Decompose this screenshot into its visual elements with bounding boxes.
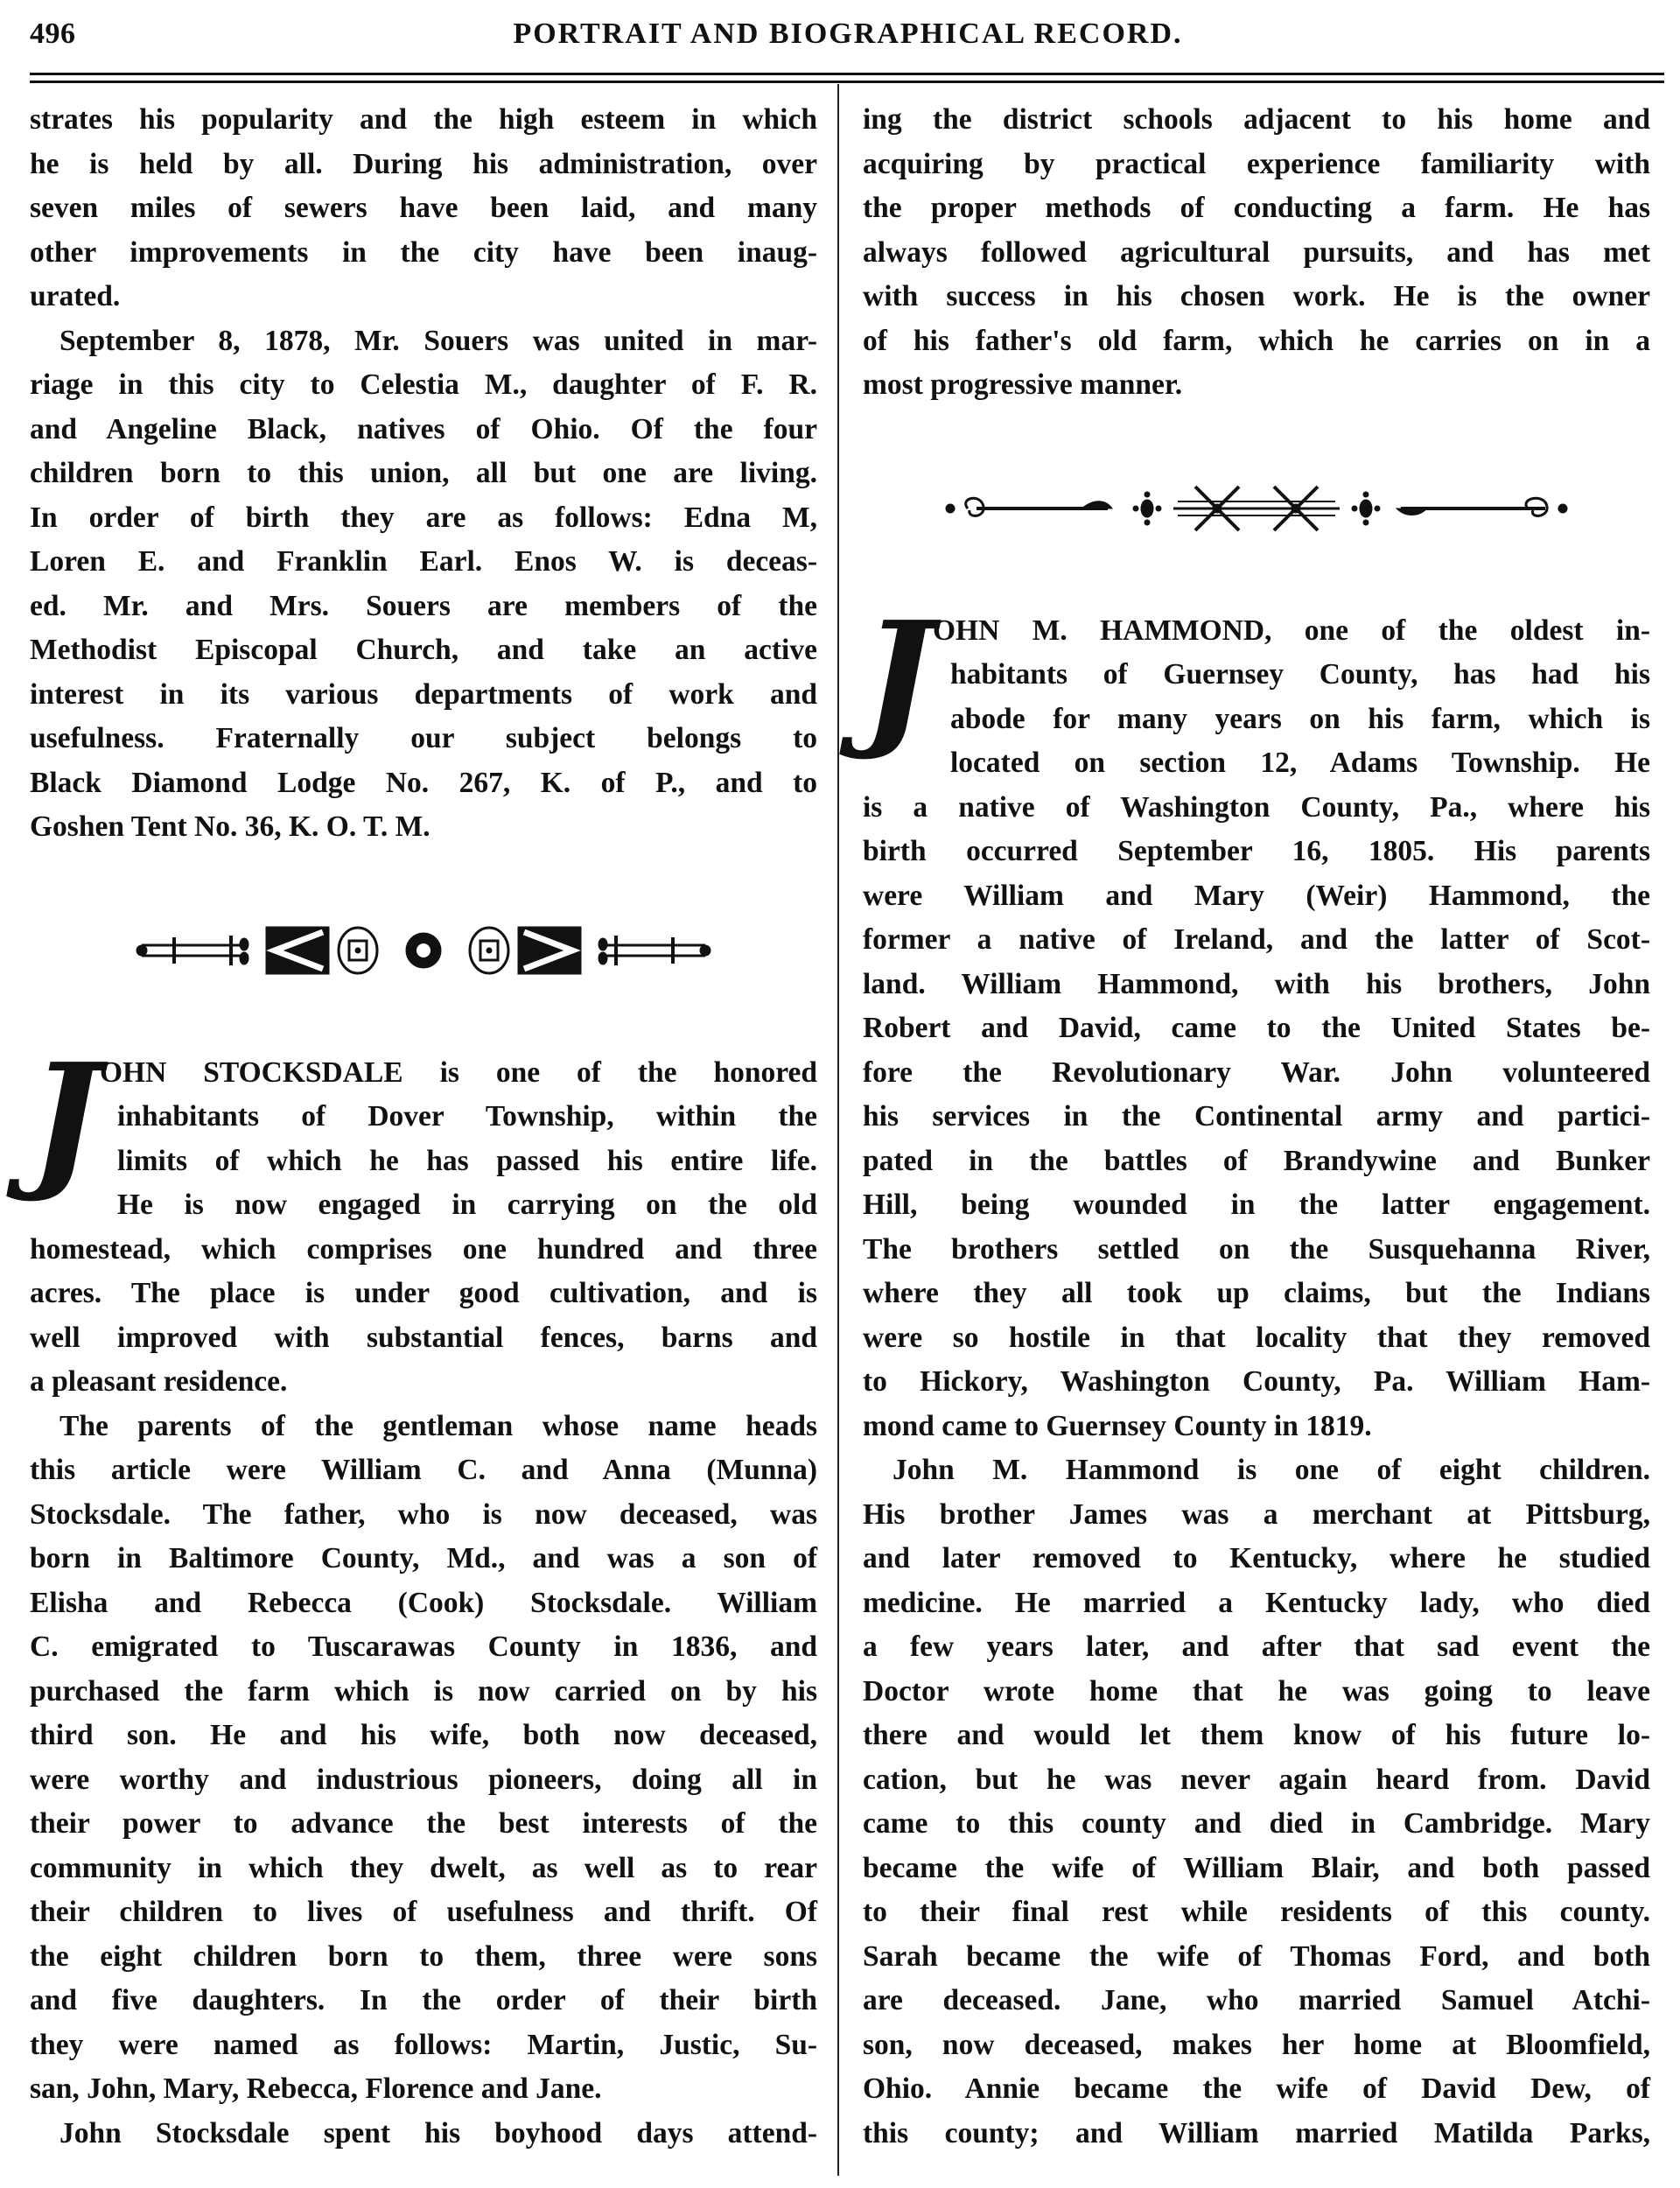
text-line: mond came to Guernsey County in 1819. bbox=[863, 1405, 1650, 1449]
text-line: Robert and David, came to the United Sta… bbox=[863, 1006, 1650, 1051]
text-line: acquiring by practical experience famili… bbox=[863, 143, 1650, 187]
text-line: and five daughters. In the order of thei… bbox=[30, 1979, 817, 2023]
text-line: September 8, 1878, Mr. Souers was united… bbox=[30, 319, 817, 364]
header-rule-top bbox=[30, 73, 1664, 75]
text-line: to Hickory, Washington County, Pa. Willi… bbox=[863, 1360, 1650, 1405]
stocksdale-parents-paragraph: The parents of the gentleman whose name … bbox=[30, 1405, 817, 2112]
text-line: land. William Hammond, with his brothers… bbox=[863, 963, 1650, 1007]
drop-cap: J bbox=[863, 611, 933, 742]
text-line: a pleasant residence. bbox=[30, 1360, 817, 1405]
text-line: son, now deceased, makes her home at Blo… bbox=[863, 2023, 1650, 2068]
text-line: were so hostile in that locality that th… bbox=[863, 1316, 1650, 1361]
text-line: were worthy and industrious pioneers, do… bbox=[30, 1758, 817, 1803]
text-line: well improved with substantial fences, b… bbox=[30, 1316, 817, 1361]
text-line: is a native of Washington County, Pa., w… bbox=[863, 786, 1650, 831]
text-line: inhabitants of Dover Township, within th… bbox=[30, 1095, 817, 1140]
text-line: were William and Mary (Weir) Hammond, th… bbox=[863, 874, 1650, 919]
souers-marriage-paragraph: September 8, 1878, Mr. Souers was united… bbox=[30, 319, 817, 850]
page-header: 496 PORTRAIT AND BIOGRAPHICAL RECORD. bbox=[30, 18, 1666, 61]
text-line: became the wife of William Blair, and bo… bbox=[863, 1847, 1650, 1891]
hammond-article: J OHN M. HAMMOND, one of the oldest in- … bbox=[863, 609, 1650, 1449]
left-column: strates his popularity and the high este… bbox=[30, 98, 817, 2156]
text-line: children born to this union, all but one… bbox=[30, 452, 817, 496]
text-line: to their final rest while residents of t… bbox=[863, 1890, 1650, 1935]
text-line: san, John, Mary, Rebecca, Florence and J… bbox=[30, 2067, 817, 2112]
geometric-ornament-icon bbox=[30, 850, 817, 1051]
text-line: with success in his chosen work. He is t… bbox=[863, 275, 1650, 319]
text-line: Ohio. Annie became the wife of David Dew… bbox=[863, 2067, 1650, 2112]
text-line: a few years later, and after that sad ev… bbox=[863, 1625, 1650, 1670]
text-line: Sarah became the wife of Thomas Ford, an… bbox=[863, 1935, 1650, 1980]
text-line: his services in the Continental army and… bbox=[863, 1095, 1650, 1140]
text-line: former a native of Ireland, and the latt… bbox=[863, 918, 1650, 963]
text-line: usefulness. Fraternally our subject belo… bbox=[30, 717, 817, 761]
text-line: C. emigrated to Tuscarawas County in 183… bbox=[30, 1625, 817, 1670]
text-line: fore the Revolutionary War. John volunte… bbox=[863, 1051, 1650, 1096]
drop-cap: J bbox=[30, 1053, 100, 1184]
text-line: abode for many years on his farm, which … bbox=[863, 698, 1650, 742]
stocksdale-continuation-paragraph: ing the district schools adjacent to his… bbox=[863, 98, 1650, 408]
text-line: pated in the battles of Brandywine and B… bbox=[863, 1140, 1650, 1184]
text-line: came to this county and died in Cambridg… bbox=[863, 1802, 1650, 1847]
text-line: medicine. He married a Kentucky lady, wh… bbox=[863, 1581, 1650, 1626]
text-line: Doctor wrote home that he was going to l… bbox=[863, 1670, 1650, 1715]
text-line: Loren E. and Franklin Earl. Enos W. is d… bbox=[30, 540, 817, 585]
running-title: PORTRAIT AND BIOGRAPHICAL RECORD. bbox=[30, 18, 1666, 51]
text-line: OHN M. HAMMOND, one of the oldest in- bbox=[863, 609, 1650, 654]
text-line: Elisha and Rebecca (Cook) Stocksdale. Wi… bbox=[30, 1581, 817, 1626]
text-line: In order of birth they are as follows: E… bbox=[30, 496, 817, 541]
right-column: ing the district schools adjacent to his… bbox=[863, 98, 1650, 2156]
text-line: most progressive manner. bbox=[863, 363, 1650, 408]
text-line: Stocksdale. The father, who is now decea… bbox=[30, 1493, 817, 1538]
text-line: His brother James was a merchant at Pitt… bbox=[863, 1493, 1650, 1538]
text-line: limits of which he has passed his entire… bbox=[30, 1140, 817, 1184]
text-line: seven miles of sewers have been laid, an… bbox=[30, 186, 817, 231]
text-line: ing the district schools adjacent to his… bbox=[863, 98, 1650, 143]
text-line: He is now engaged in carrying on the old bbox=[30, 1183, 817, 1228]
text-line: there and would let them know of his fut… bbox=[863, 1714, 1650, 1758]
text-line: located on section 12, Adams Township. H… bbox=[863, 741, 1650, 786]
text-line: born in Baltimore County, Md., and was a… bbox=[30, 1537, 817, 1581]
scroll-ornament-icon bbox=[863, 408, 1650, 609]
text-line: homestead, which comprises one hundred a… bbox=[30, 1228, 817, 1273]
column-divider bbox=[837, 84, 839, 2176]
text-line: are deceased. Jane, who married Samuel A… bbox=[863, 1979, 1650, 2023]
text-line: always followed agricultural pursuits, a… bbox=[863, 231, 1650, 276]
text-line: habitants of Guernsey County, has had hi… bbox=[863, 653, 1650, 698]
text-line: cation, but he was never again heard fro… bbox=[863, 1758, 1650, 1803]
text-line: The parents of the gentleman whose name … bbox=[30, 1405, 817, 1449]
text-line: ed. Mr. and Mrs. Souers are members of t… bbox=[30, 585, 817, 629]
text-line: of his father's old farm, which he carri… bbox=[863, 319, 1650, 364]
text-line: birth occurred September 16, 1805. His p… bbox=[863, 830, 1650, 874]
text-line: Hill, being wounded in the latter engage… bbox=[863, 1183, 1650, 1228]
text-line: the proper methods of conducting a farm.… bbox=[863, 186, 1650, 231]
text-line: John M. Hammond is one of eight children… bbox=[863, 1448, 1650, 1493]
text-line: they were named as follows: Martin, Just… bbox=[30, 2023, 817, 2068]
text-line: riage in this city to Celestia M., daugh… bbox=[30, 363, 817, 408]
text-line: the eight children born to them, three w… bbox=[30, 1935, 817, 1980]
text-line: where they all took up claims, but the I… bbox=[863, 1272, 1650, 1316]
text-line: other improvements in the city have been… bbox=[30, 231, 817, 276]
souers-continuation-paragraph: strates his popularity and the high este… bbox=[30, 98, 817, 319]
text-line: community in which they dwelt, as well a… bbox=[30, 1847, 817, 1891]
text-line: acres. The place is under good cultivati… bbox=[30, 1272, 817, 1316]
text-line: urated. bbox=[30, 275, 817, 319]
stocksdale-article: J OHN STOCKSDALE is one of the honored i… bbox=[30, 1051, 817, 1405]
text-line: and Angeline Black, natives of Ohio. Of … bbox=[30, 408, 817, 452]
stocksdale-boyhood-paragraph: John Stocksdale spent his boyhood days a… bbox=[30, 2112, 817, 2156]
text-line: he is held by all. During his administra… bbox=[30, 143, 817, 187]
text-line: third son. He and his wife, both now dec… bbox=[30, 1714, 817, 1758]
text-line: their power to advance the best interest… bbox=[30, 1802, 817, 1847]
hammond-siblings-paragraph: John M. Hammond is one of eight children… bbox=[863, 1448, 1650, 2156]
text-line: Goshen Tent No. 36, K. O. T. M. bbox=[30, 805, 817, 850]
text-line: purchased the farm which is now carried … bbox=[30, 1670, 817, 1715]
text-line: Black Diamond Lodge No. 267, K. of P., a… bbox=[30, 761, 817, 806]
header-rule-bottom bbox=[30, 81, 1664, 83]
text-line: John Stocksdale spent his boyhood days a… bbox=[30, 2112, 817, 2156]
text-line: their children to lives of usefulness an… bbox=[30, 1890, 817, 1935]
text-line: OHN STOCKSDALE is one of the honored bbox=[30, 1051, 817, 1096]
text-line: strates his popularity and the high este… bbox=[30, 98, 817, 143]
text-line: Methodist Episcopal Church, and take an … bbox=[30, 628, 817, 673]
text-line: The brothers settled on the Susquehanna … bbox=[863, 1228, 1650, 1273]
text-line: this article were William C. and Anna (M… bbox=[30, 1448, 817, 1493]
text-line: interest in its various departments of w… bbox=[30, 673, 817, 718]
text-line: and later removed to Kentucky, where he … bbox=[863, 1537, 1650, 1581]
text-line: this county; and William married Matilda… bbox=[863, 2112, 1650, 2156]
